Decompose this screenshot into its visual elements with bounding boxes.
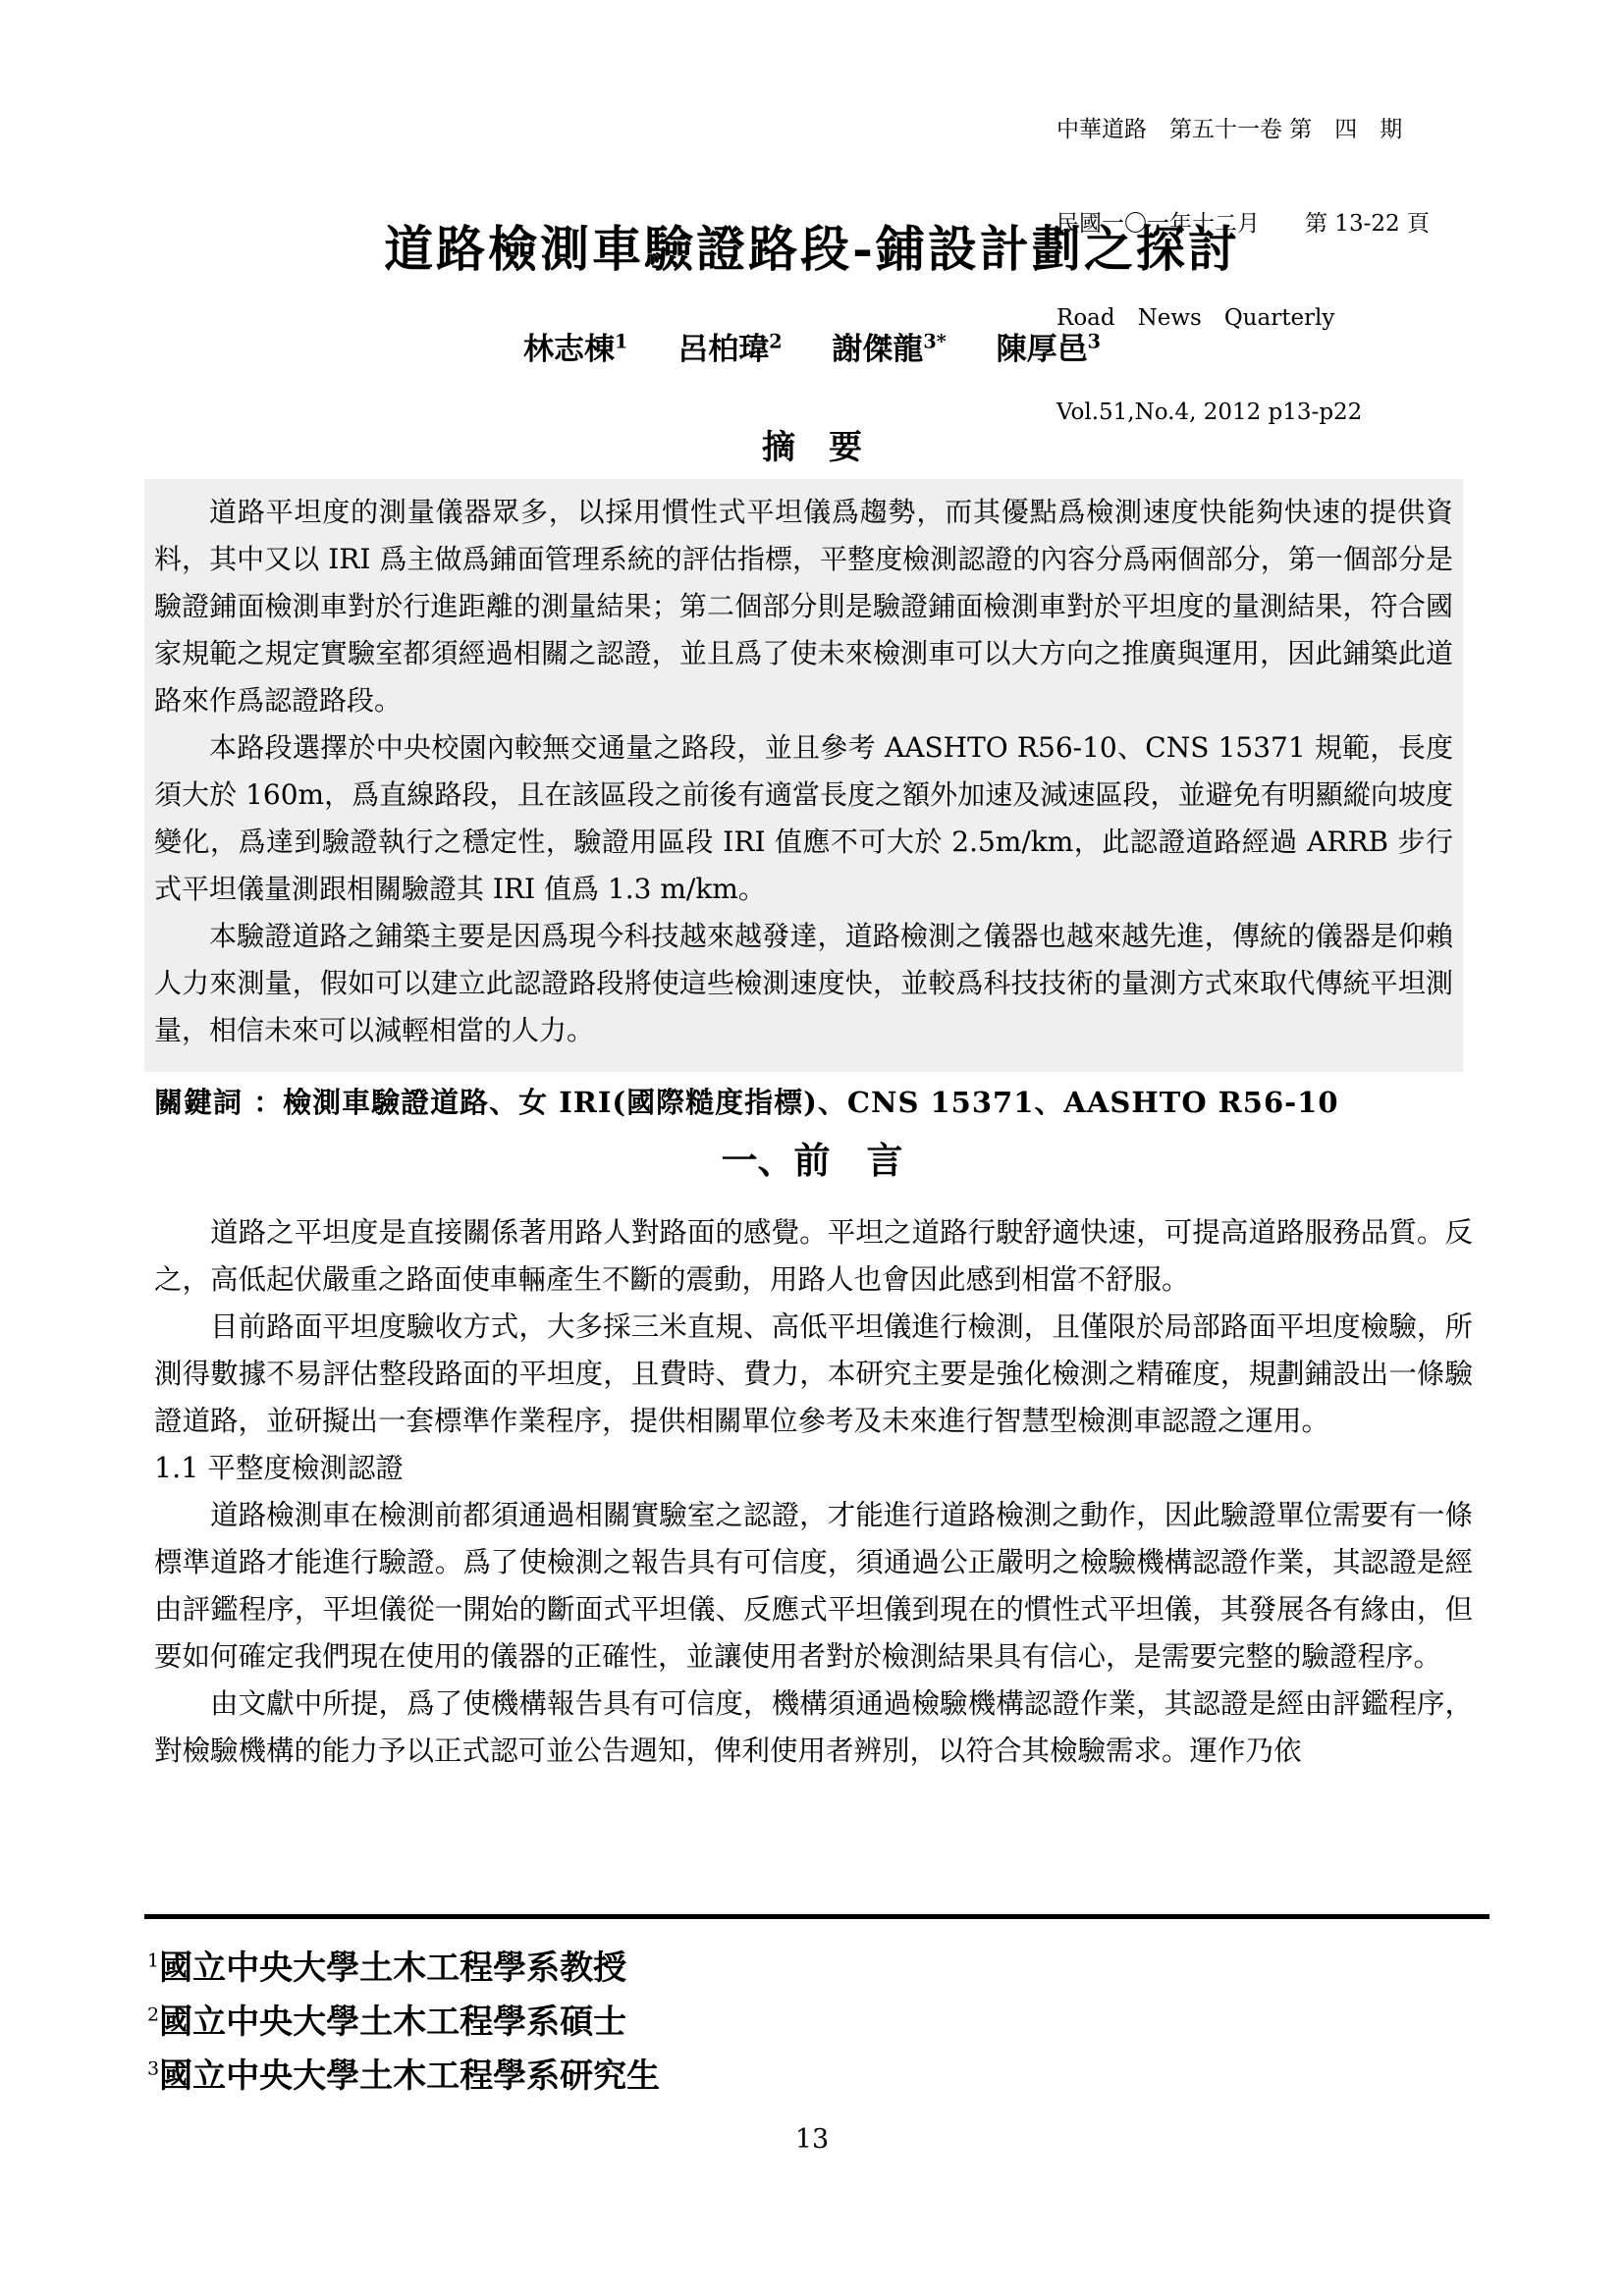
intro-paragraph-1: 道路之平坦度是直接關係著用路人對路面的感覺。平坦之道路行駛舒適快速，可提高道路服… — [154, 1209, 1473, 1304]
footnote-3-mark: 3 — [147, 2058, 159, 2080]
author-4-affiliation-mark: 3 — [1088, 331, 1101, 353]
author-4: 陳厚邑3 — [997, 332, 1101, 367]
keywords-text: 檢測車驗證道路、女 IRI(國際糙度指標)、CNS 15371、AASHTO R… — [283, 1086, 1338, 1119]
footnote-2-mark: 2 — [147, 2004, 159, 2026]
author-1-name: 林志棟 — [523, 332, 615, 367]
footnote-2: 2國立中央大學土木工程學系碩士 — [147, 1996, 660, 2050]
keywords-line: 關鍵詞 ：檢測車驗證道路、女 IRI(國際糙度指標)、CNS 15371、AAS… — [154, 1081, 1489, 1121]
section-1-heading: 一、前 言 — [0, 1131, 1624, 1184]
footnote-1-text: 國立中央大學土木工程學系教授 — [159, 1949, 626, 1988]
keywords-label: 關鍵詞 ： — [154, 1086, 283, 1119]
footnote-1: 1國立中央大學土木工程學系教授 — [147, 1942, 660, 1996]
author-2-name: 呂柏瑋 — [677, 332, 769, 367]
author-1-affiliation-mark: 1 — [615, 331, 627, 353]
author-3-name: 謝傑龍 — [832, 332, 923, 367]
document-page: 中華道路 第五十一卷 第 四 期 民國一〇一年十二月 第 13-22 頁 Roa… — [0, 0, 1624, 2296]
section-1-body: 道路之平坦度是直接關係著用路人對路面的感覺。平坦之道路行駛舒適快速，可提高道路服… — [154, 1209, 1473, 1775]
author-1: 林志棟1 — [523, 332, 627, 367]
intro-paragraph-2: 目前路面平坦度驗收方式，大多採三米直規、高低平坦儀進行檢測，且僅限於局部路面平坦… — [154, 1304, 1473, 1445]
footnotes: 1國立中央大學土木工程學系教授 2國立中央大學土木工程學系碩士 3國立中央大學土… — [147, 1942, 660, 2104]
author-list: 林志棟1 呂柏瑋2 謝傑龍3* 陳厚邑3 — [0, 324, 1624, 368]
subsection-1-1-heading: 1.1 平整度檢測認證 — [154, 1445, 1473, 1492]
abstract-paragraph-2: 本路段選擇於中央校園內較無交通量之路段，並且參考 AASHTO R56-10、C… — [154, 724, 1453, 913]
author-3-affiliation-mark: 3* — [923, 331, 946, 353]
page-number: 13 — [0, 2124, 1624, 2155]
footnote-3: 3國立中央大學土木工程學系研究生 — [147, 2050, 660, 2104]
author-2: 呂柏瑋2 — [677, 332, 782, 367]
footnote-divider — [144, 1914, 1489, 1919]
subsection-1-1-paragraph-1: 道路檢測車在檢測前都須通過相關實驗室之認證，才能進行道路檢測之動作，因此驗證單位… — [154, 1492, 1473, 1681]
journal-name-volume: 中華道路 第五十一卷 第 四 期 — [1056, 114, 1430, 145]
author-2-affiliation-mark: 2 — [769, 331, 782, 353]
abstract-paragraph-1: 道路平坦度的測量儀器眾多，以採用慣性式平坦儀爲趨勢，而其優點爲檢測速度快能夠快速… — [154, 489, 1453, 724]
abstract-paragraph-3: 本驗證道路之鋪築主要是因爲現今科技越來越發達，道路檢測之儀器也越來越先進，傳統的… — [154, 913, 1453, 1054]
abstract-box: 道路平坦度的測量儀器眾多，以採用慣性式平坦儀爲趨勢，而其優點爲檢測速度快能夠快速… — [144, 479, 1463, 1072]
abstract-heading: 摘 要 — [0, 420, 1624, 468]
paper-title: 道路檢測車驗證路段-鋪設計劃之探討 — [0, 210, 1624, 281]
subsection-1-1-paragraph-2: 由文獻中所提，爲了使機構報告具有可信度，機構須通過檢驗機構認證作業，其認證是經由… — [154, 1681, 1473, 1775]
footnote-2-text: 國立中央大學土木工程學系碩士 — [159, 2002, 626, 2042]
author-3: 謝傑龍3* — [832, 332, 946, 367]
author-4-name: 陳厚邑 — [997, 332, 1088, 367]
footnote-1-mark: 1 — [147, 1950, 159, 1972]
footnote-3-text: 國立中央大學土木工程學系研究生 — [159, 2056, 660, 2096]
